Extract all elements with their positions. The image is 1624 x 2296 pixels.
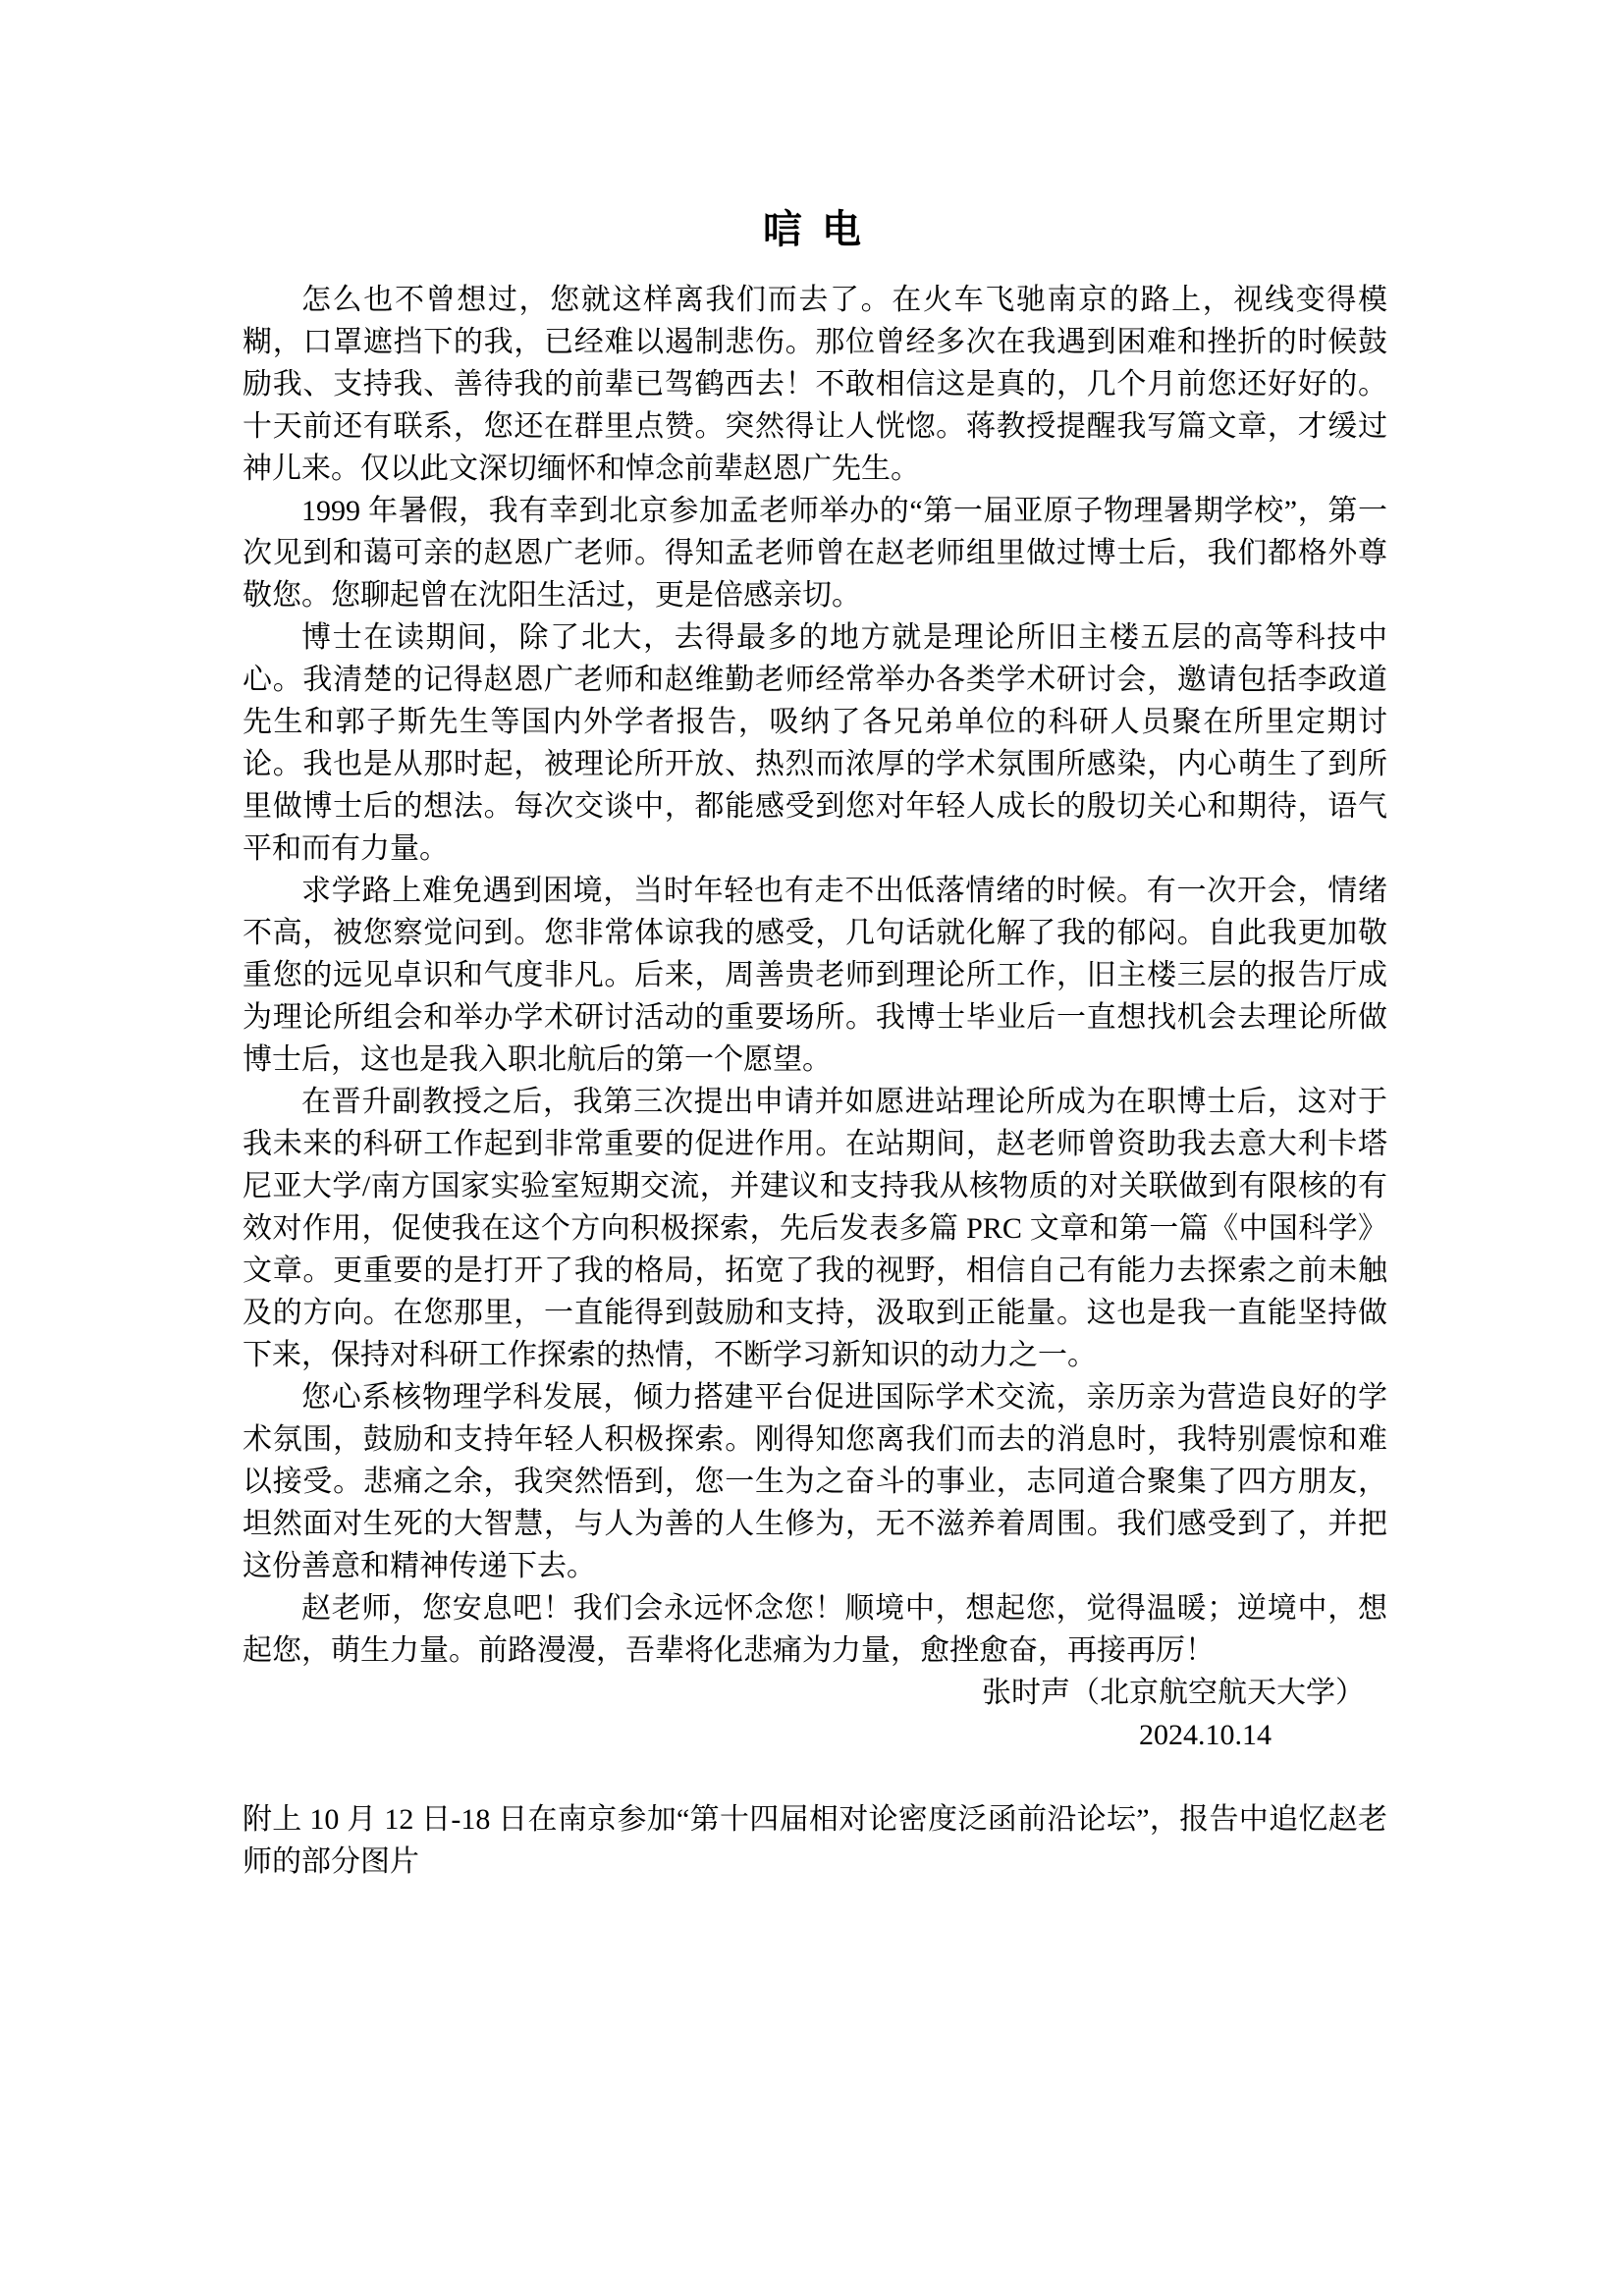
document-body: 怎么也不曾想过，您就这样离我们而去了。在火车飞驰南京的路上，视线变得模糊，口罩遮… — [243, 279, 1387, 1883]
signature-name: 张时声（北京航空航天大学） — [243, 1672, 1387, 1714]
paragraph: 1999 年暑假，我有幸到北京参加孟老师举办的“第一届亚原子物理暑期学校”，第一… — [243, 490, 1387, 616]
paragraph: 求学路上难免遇到困境，当时年轻也有走不出低落情绪的时候。有一次开会，情绪不高，被… — [243, 870, 1387, 1081]
paragraph: 赵老师，您安息吧！我们会永远怀念您！顺境中，想起您，觉得温暖；逆境中，想起您，萌… — [243, 1587, 1387, 1672]
signature-date: 2024.10.14 — [243, 1714, 1387, 1756]
document-page: 唁 电 怎么也不曾想过，您就这样离我们而去了。在火车飞驰南京的路上，视线变得模糊… — [0, 0, 1624, 2296]
paragraph: 博士在读期间，除了北大，去得最多的地方就是理论所旧主楼五层的高等科技中心。我清楚… — [243, 616, 1387, 870]
document-title: 唁 电 — [0, 204, 1624, 255]
paragraph: 怎么也不曾想过，您就这样离我们而去了。在火车飞驰南京的路上，视线变得模糊，口罩遮… — [243, 279, 1387, 490]
paragraph: 您心系核物理学科发展，倾力搭建平台促进国际学术交流，亲历亲为营造良好的学术氛围，… — [243, 1376, 1387, 1587]
postscript-note: 附上 10 月 12 日-18 日在南京参加“第十四届相对论密度泛函前沿论坛”，… — [243, 1798, 1387, 1883]
paragraph: 在晋升副教授之后，我第三次提出申请并如愿进站理论所成为在职博士后，这对于我未来的… — [243, 1081, 1387, 1376]
